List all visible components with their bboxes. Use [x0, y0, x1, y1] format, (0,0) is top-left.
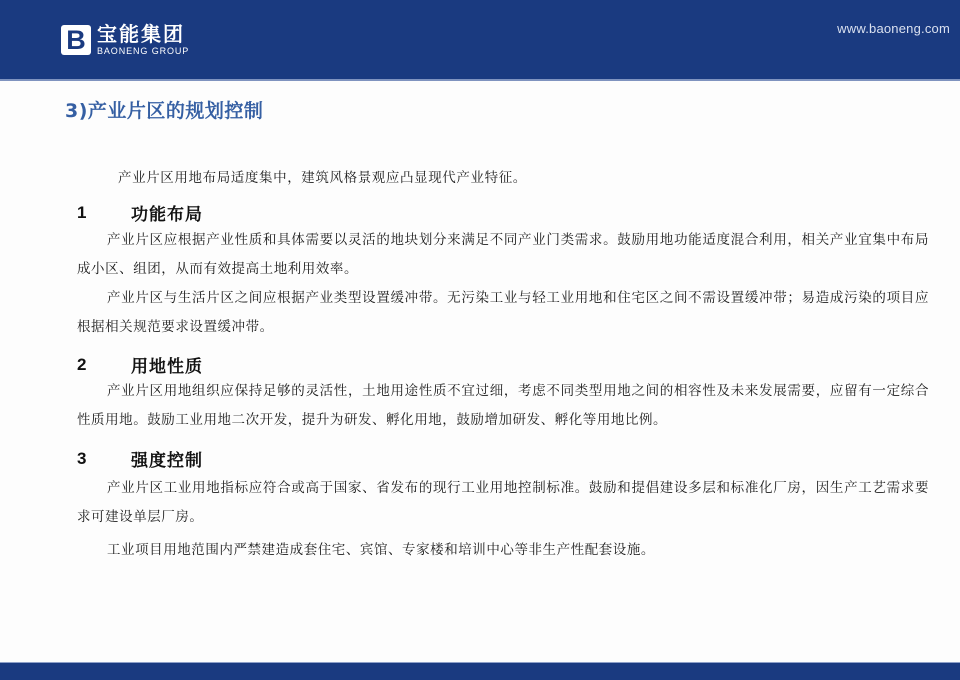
logo-chinese-name: 宝能集团 [97, 24, 189, 45]
paragraph: 产业片区工业用地指标应符合或高于国家、省发布的现行工业用地控制标准。鼓励和提倡建… [77, 474, 929, 532]
logo-text: 宝能集团 BAONENG GROUP [97, 24, 189, 56]
subsection-number: 1 [77, 203, 131, 223]
logo-english-name: BAONENG GROUP [97, 46, 189, 56]
subsection-number: 2 [77, 355, 131, 375]
paragraph: 工业项目用地范围内严禁建造成套住宅、宾馆、专家楼和培训中心等非生产性配套设施。 [107, 538, 655, 558]
subsection-heading-intensity-control: 3 强度控制 [77, 446, 203, 471]
section-title: 3)产业片区的规划控制 [65, 96, 263, 123]
subsection-number: 3 [77, 449, 131, 469]
logo-b-icon: B [61, 25, 91, 55]
subsection-heading-land-use-type: 2 用地性质 [77, 352, 203, 377]
slide: B 宝能集团 BAONENG GROUP www.baoneng.com 3)产… [0, 0, 960, 680]
paragraph: 产业片区应根据产业性质和具体需要以灵活的地块划分来满足不同产业门类需求。鼓励用地… [77, 226, 929, 284]
website-url: www.baoneng.com [837, 21, 950, 36]
footer-bar [0, 662, 960, 680]
header-bar: B 宝能集团 BAONENG GROUP www.baoneng.com [0, 0, 960, 81]
paragraph: 产业片区与生活片区之间应根据产业类型设置缓冲带。无污染工业与轻工业用地和住宅区之… [77, 284, 929, 342]
company-logo: B 宝能集团 BAONENG GROUP [61, 24, 189, 56]
subsection-label: 功能布局 [131, 200, 203, 225]
subsection-label: 用地性质 [131, 352, 203, 377]
subsection-label: 强度控制 [131, 446, 203, 471]
subsection-heading-functional-layout: 1 功能布局 [77, 200, 203, 225]
intro-text: 产业片区用地布局适度集中，建筑风格景观应凸显现代产业特征。 [118, 166, 527, 186]
paragraph: 产业片区用地组织应保持足够的灵活性，土地用途性质不宜过细，考虑不同类型用地之间的… [77, 377, 929, 435]
